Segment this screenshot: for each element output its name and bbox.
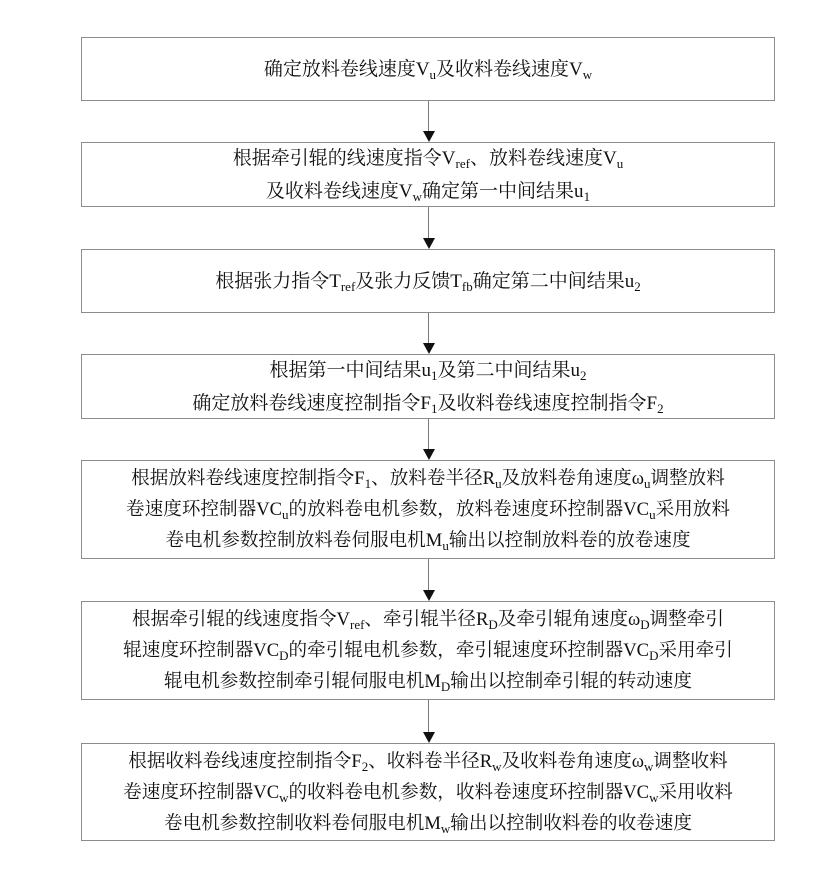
step-box-5: 根据放料卷线速度控制指令F1、放料卷半径Ru及放料卷角速度ωu调整放料卷速度环控… [81,460,775,559]
subscript: w [413,189,422,204]
connector-line [428,101,429,131]
text-segment: 根据张力指令T [215,271,341,292]
subscript: fb [462,279,473,294]
text-segment: 根据牵引辊的线速度指令V [132,609,350,630]
text-segment: 根据放料卷线速度控制指令F [131,468,364,489]
text-segment: 根据收料卷线速度控制指令F [128,751,361,772]
step-text-line: 及收料卷线速度Vw确定第一中间结果u1 [266,175,590,208]
text-segment: 、放料卷半径R [371,468,495,489]
subscript: 2 [657,401,664,416]
text-segment: 的放料卷电机参数，放料卷速度环控制器VC [289,499,650,520]
text-segment: 、牵引辊半径R [364,609,488,630]
connector-line [428,700,429,732]
arrow-down-icon [423,732,435,743]
step-text-line: 卷速度环控制器VCu的放料卷电机参数，放料卷速度环控制器VCu采用放料 [126,494,730,525]
text-segment: 调整放料 [650,468,724,489]
text-segment: 及收料卷角速度ω [502,751,644,772]
step-box-3: 根据张力指令Tref及张力反馈Tfb确定第二中间结果u2 [81,249,775,313]
text-segment: 采用牵引 [658,640,732,661]
text-segment: 输出以控制收料卷的收卷速度 [450,813,692,834]
text-segment: 调整牵引 [650,609,724,630]
text-segment: 确定放料卷线速度控制指令F [192,393,431,414]
text-segment: 确定放料卷线速度V [264,59,430,80]
text-segment: 卷速度环控制器VC [123,782,279,803]
subscript: D [488,617,497,632]
text-segment: 、收料卷半径R [368,751,492,772]
step-box-1: 确定放料卷线速度Vu及收料卷线速度Vw [81,37,775,101]
text-segment: 根据第一中间结果u [269,360,431,381]
subscript: ref [350,617,364,632]
text-segment: 采用放料 [656,499,730,520]
subscript: D [279,648,288,663]
text-segment: 辊电机参数控制牵引辊伺服电机M [164,671,441,692]
step-text-line: 卷电机参数控制收料卷伺服电机Mw输出以控制收料卷的收卷速度 [164,808,692,839]
step-text-line: 根据第一中间结果u1及第二中间结果u2 [269,354,586,387]
step-box-2: 根据牵引辊的线速度指令Vref、放料卷线速度Vu及收料卷线速度Vw确定第一中间结… [81,142,775,207]
text-segment: 根据牵引辊的线速度指令V [233,148,456,169]
text-segment: 及放料卷角速度ω [502,468,644,489]
text-segment: 的牵引辊电机参数，牵引辊速度环控制器VC [289,640,650,661]
text-segment: 输出以控制放料卷的放卷速度 [449,530,691,551]
subscript: D [441,679,450,694]
text-segment: 及收料卷线速度V [436,59,583,80]
text-segment: 及收料卷线速度V [266,181,413,202]
connector-line [428,419,429,449]
subscript: w [441,821,450,836]
subscript: w [644,759,653,774]
step-text-line: 确定放料卷线速度Vu及收料卷线速度Vw [264,53,592,86]
text-segment: 卷电机参数控制收料卷伺服电机M [164,813,441,834]
arrow-down-icon [423,449,435,460]
subscript: w [279,790,288,805]
step-text-line: 确定放料卷线速度控制指令F1及收料卷线速度控制指令F2 [192,387,663,420]
text-segment: 采用收料 [658,782,732,803]
subscript: D [640,617,649,632]
step-text-line: 根据收料卷线速度控制指令F2、收料卷半径Rw及收料卷角速度ωw调整收料 [128,746,728,777]
step-box-7: 根据收料卷线速度控制指令F2、收料卷半径Rw及收料卷角速度ωw调整收料卷速度环控… [81,743,775,841]
step-text-line: 根据放料卷线速度控制指令F1、放料卷半径Ru及放料卷角速度ωu调整放料 [131,463,725,494]
step-text-line: 根据牵引辊的线速度指令Vref、牵引辊半径RD及牵引辊角速度ωD调整牵引 [132,604,724,635]
arrow-down-icon [423,238,435,249]
step-text-line: 根据张力指令Tref及张力反馈Tfb确定第二中间结果u2 [215,265,641,298]
text-segment: 及张力反馈T [355,271,462,292]
subscript: ref [341,279,355,294]
text-segment: 及收料卷线速度控制指令F [438,393,658,414]
step-box-4: 根据第一中间结果u1及第二中间结果u2确定放料卷线速度控制指令F1及收料卷线速度… [81,354,775,419]
step-text-line: 辊电机参数控制牵引辊伺服电机MD输出以控制牵引辊的转动速度 [164,666,692,697]
text-segment: 及第二中间结果u [438,360,581,381]
text-segment: 卷电机参数控制放料卷伺服电机M [165,530,442,551]
text-segment: 输出以控制牵引辊的转动速度 [450,671,692,692]
text-segment: 及牵引辊角速度ω [498,609,640,630]
arrow-down-icon [423,131,435,142]
text-segment: 辊速度环控制器VC [123,640,279,661]
subscript: ref [456,156,470,171]
connector-line [428,207,429,238]
subscript: 2 [580,368,587,383]
text-segment: 、放料卷线速度V [470,148,617,169]
step-text-line: 卷速度环控制器VCw的收料卷电机参数，收料卷速度环控制器VCw采用收料 [123,777,733,808]
text-segment: 确定第一中间结果u [422,181,584,202]
arrow-down-icon [423,343,435,354]
text-segment: 卷速度环控制器VC [126,499,282,520]
subscript: w [583,67,592,82]
text-segment: 调整收料 [653,751,727,772]
connector-line [428,313,429,343]
arrow-down-icon [423,590,435,601]
subscript: 1 [584,189,591,204]
subscript: u [617,156,624,171]
subscript: 2 [634,279,641,294]
step-box-6: 根据牵引辊的线速度指令Vref、牵引辊半径RD及牵引辊角速度ωD调整牵引辊速度环… [81,601,775,700]
step-text-line: 根据牵引辊的线速度指令Vref、放料卷线速度Vu [233,142,623,175]
text-segment: 的收料卷电机参数，收料卷速度环控制器VC [289,782,650,803]
subscript: w [492,759,501,774]
step-text-line: 卷电机参数控制放料卷伺服电机Mu输出以控制放料卷的放卷速度 [165,525,690,556]
step-text-line: 辊速度环控制器VCD的牵引辊电机参数，牵引辊速度环控制器VCD采用牵引 [123,635,733,666]
connector-line [428,559,429,590]
text-segment: 确定第二中间结果u [473,271,635,292]
